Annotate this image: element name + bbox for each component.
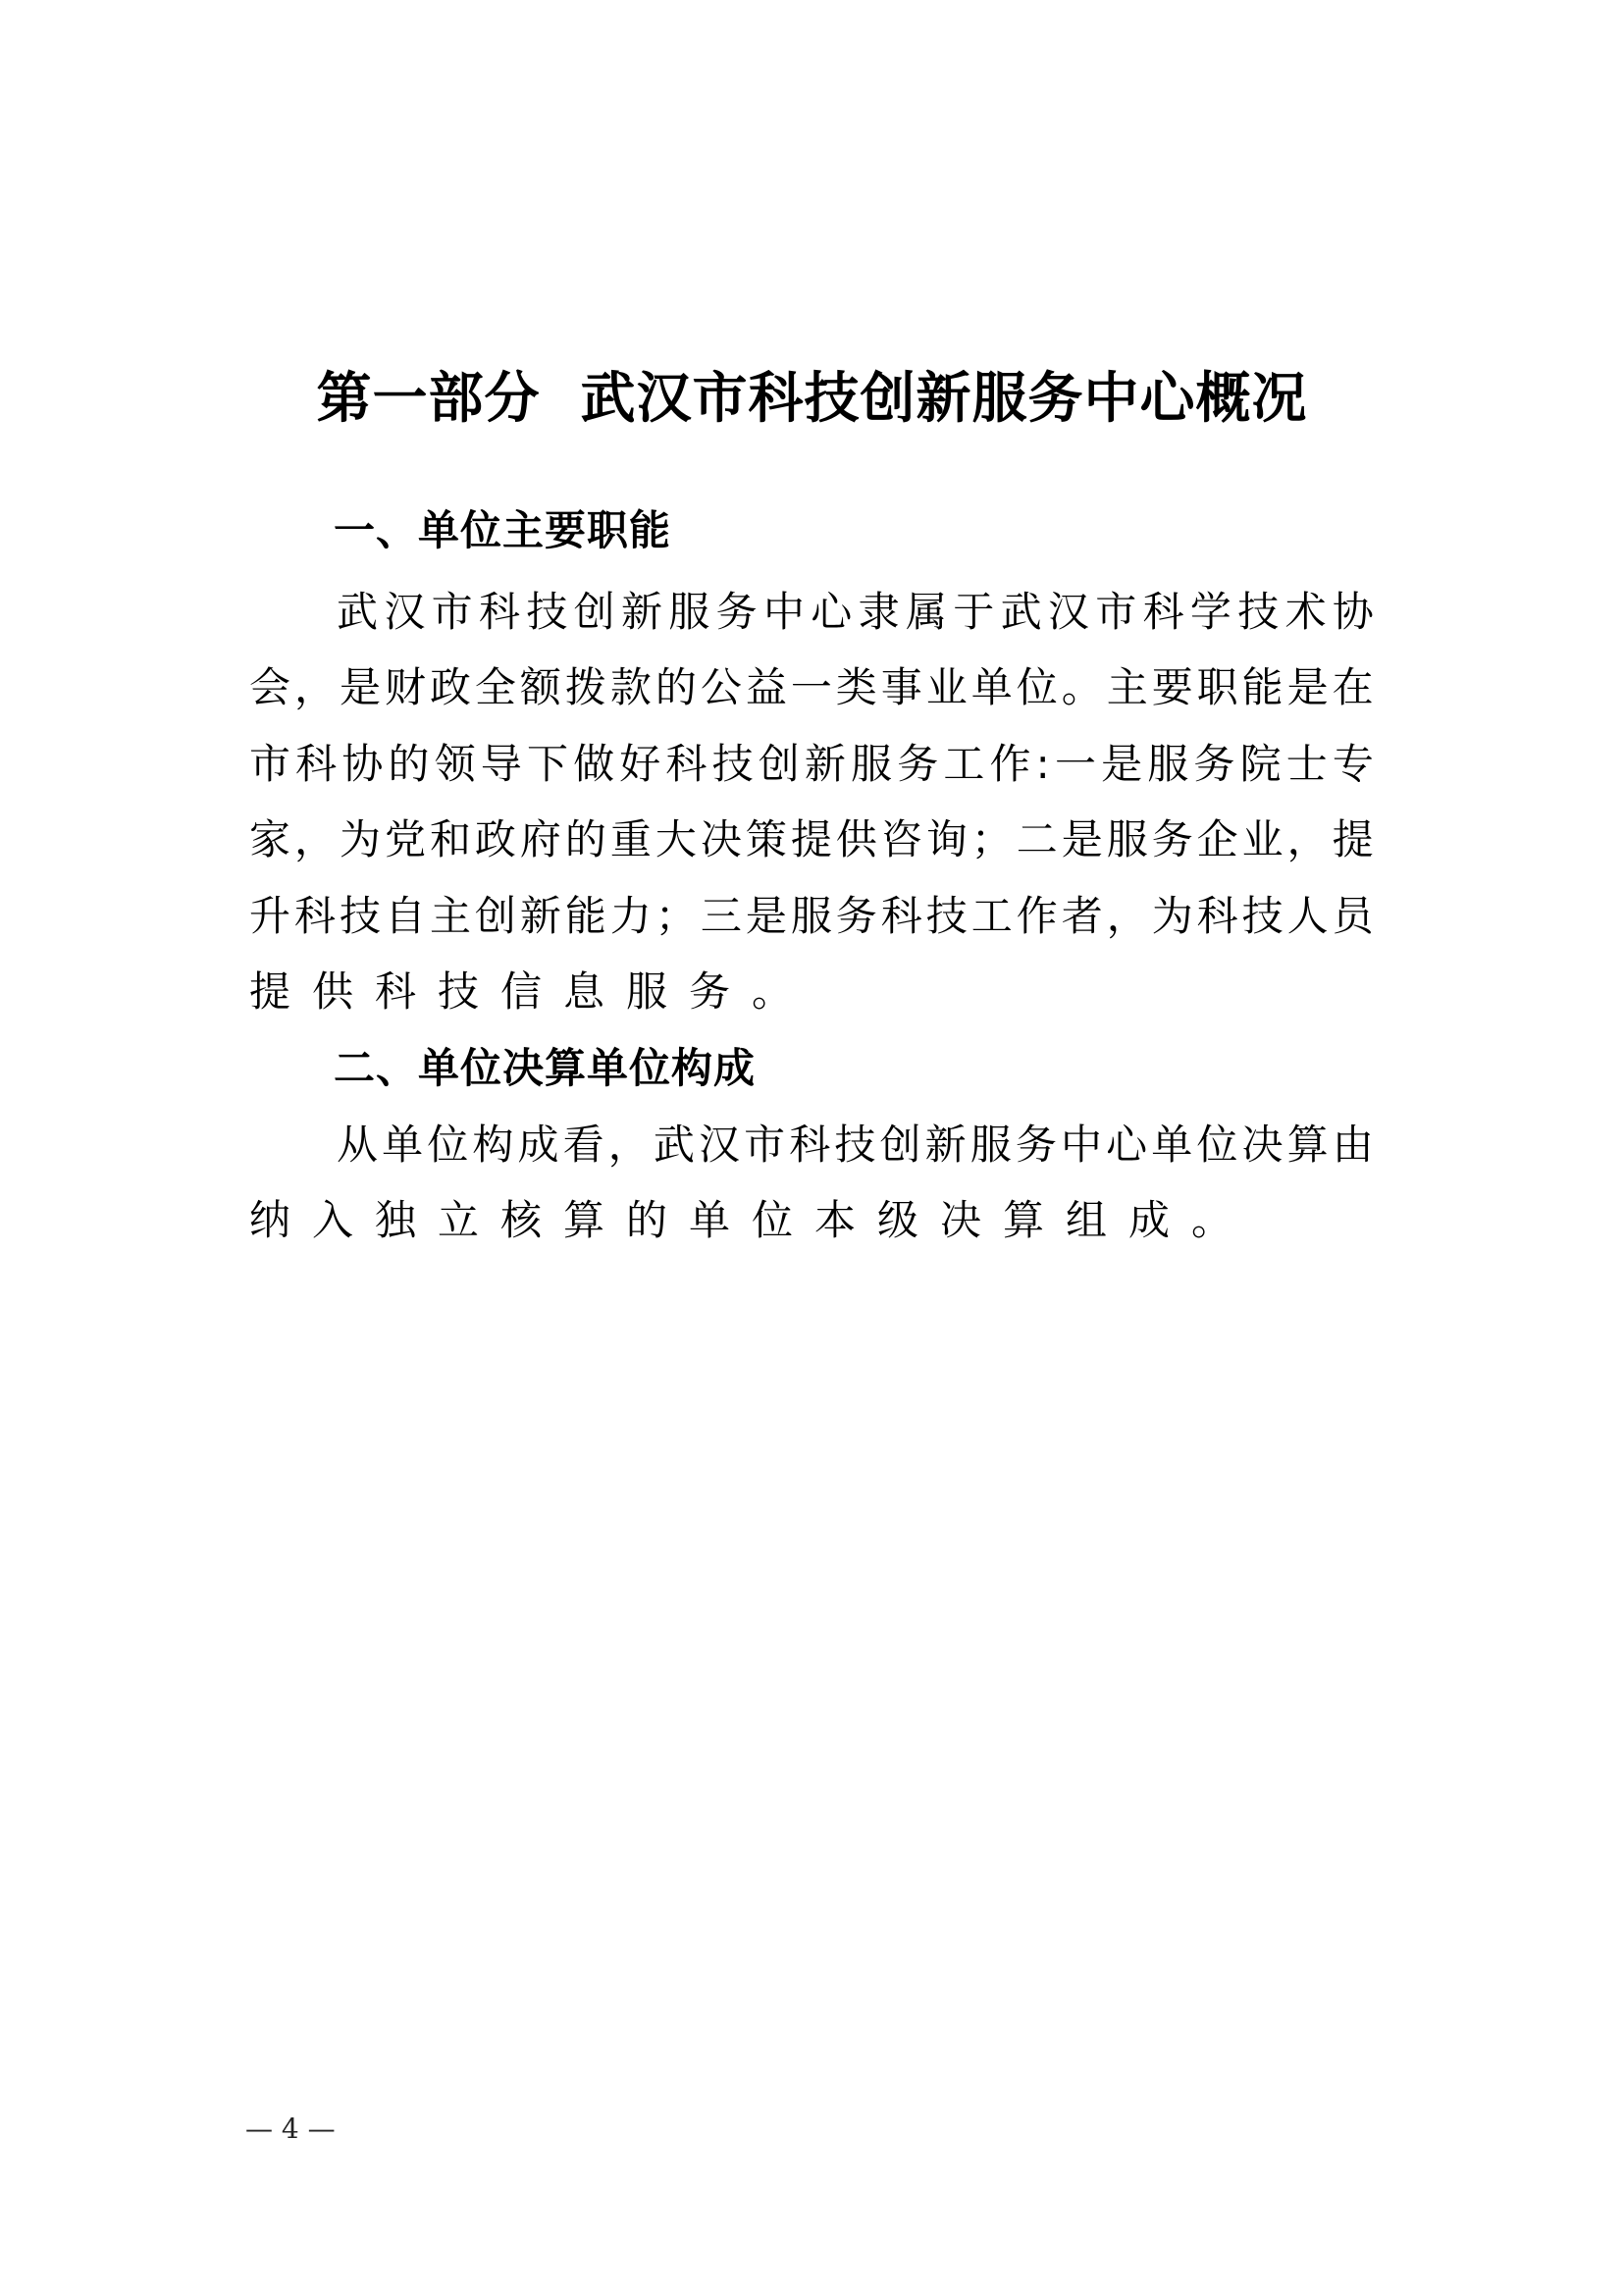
- page-number: — 4 —: [245, 2110, 336, 2149]
- paragraph-line: 家，为党和政府的重大决策提供咨询；二是服务企业，提: [249, 802, 1374, 878]
- document-page: 第一部分 武汉市科技创新服务中心概况 一、单位主要职能 武汉市科技创新服务中心隶…: [0, 0, 1624, 2296]
- paragraph-line: 从单位构成看，武汉市科技创新服务中心单位决算由: [337, 1107, 1374, 1183]
- paragraph-line: 会，是财政全额拨款的公益一类事业单位。主要职能是在: [249, 650, 1374, 726]
- section-heading-composition: 二、单位决算单位构成: [334, 1030, 756, 1107]
- paragraph-line: 纳入独立核算的单位本级决算组成。: [249, 1182, 1254, 1259]
- paragraph-line: 升科技自主创新能力；三是服务科技工作者，为科技人员: [249, 878, 1374, 955]
- paragraph-line: 武汉市科技创新服务中心隶属于武汉市科学技术协: [337, 574, 1374, 651]
- page-title: 第一部分 武汉市科技创新服务中心概况: [0, 359, 1624, 438]
- paragraph-line: 市科协的领导下做好科技创新服务工作:一是服务院士专: [249, 726, 1374, 803]
- paragraph-line: 提供科技信息服务。: [249, 954, 814, 1030]
- section-heading-functions: 一、单位主要职能: [334, 493, 671, 569]
